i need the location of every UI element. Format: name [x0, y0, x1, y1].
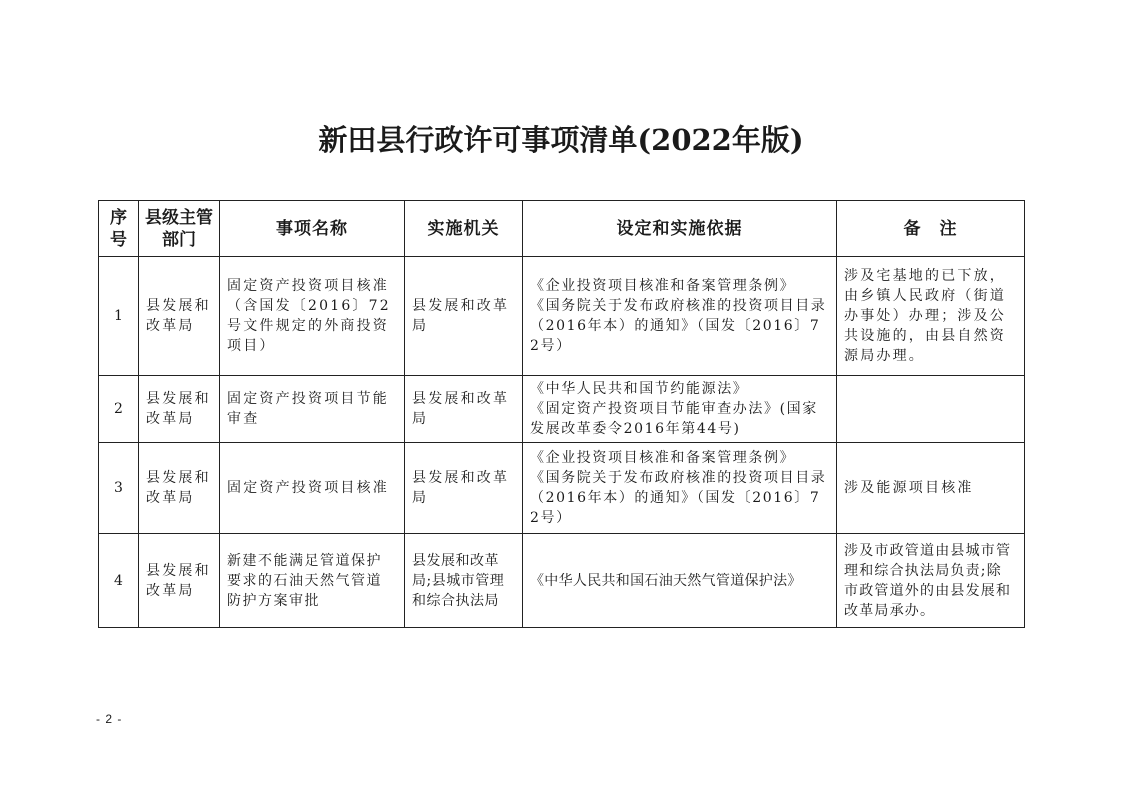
- basis-line: 《国务院关于发布政府核准的投资项目目录（2016年本）的通知》（国发〔2016〕…: [530, 296, 829, 356]
- cell-remark: [837, 376, 1025, 443]
- cell-dept: 县发展和改革局: [139, 376, 220, 443]
- header-seq: 序号: [99, 201, 139, 257]
- header-agency: 实施机关: [405, 201, 523, 257]
- cell-agency: 县发展和改革局;县城市管理和综合执法局: [405, 534, 523, 628]
- cell-agency: 县发展和改革局: [405, 376, 523, 443]
- cell-basis: 《中华人民共和国节约能源法》 《固定资产投资项目节能审查办法》(国家发展改革委令…: [523, 376, 837, 443]
- basis-line: 《固定资产投资项目节能审查办法》(国家发展改革委令2016年第44号): [530, 399, 829, 439]
- header-dept: 县级主管部门: [139, 201, 220, 257]
- cell-agency: 县发展和改革局: [405, 443, 523, 534]
- cell-dept: 县发展和改革局: [139, 443, 220, 534]
- cell-remark: 涉及市政管道由县城市管理和综合执法局负责;除市政管道外的由县发展和改革局承办。: [837, 534, 1025, 628]
- table-row: 2 县发展和改革局 固定资产投资项目节能审查 县发展和改革局 《中华人民共和国节…: [99, 376, 1025, 443]
- table-header-row: 序号 县级主管部门 事项名称 实施机关 设定和实施依据 备 注: [99, 201, 1025, 257]
- basis-line: 《中华人民共和国节约能源法》: [530, 379, 829, 399]
- cell-seq: 2: [99, 376, 139, 443]
- permit-items-table: 序号 县级主管部门 事项名称 实施机关 设定和实施依据 备 注 1 县发展和改革…: [98, 200, 1025, 628]
- cell-seq: 4: [99, 534, 139, 628]
- cell-dept: 县发展和改革局: [139, 257, 220, 376]
- header-item: 事项名称: [220, 201, 405, 257]
- header-basis: 设定和实施依据: [523, 201, 837, 257]
- cell-seq: 1: [99, 257, 139, 376]
- cell-basis: 《中华人民共和国石油天然气管道保护法》: [523, 534, 837, 628]
- basis-line: 《企业投资项目核准和备案管理条例》: [530, 276, 829, 296]
- cell-item: 固定资产投资项目节能审查: [220, 376, 405, 443]
- document-title: 新田县行政许可事项清单(2022年版): [0, 118, 1122, 159]
- cell-item: 固定资产投资项目核准: [220, 443, 405, 534]
- table-row: 4 县发展和改革局 新建不能满足管道保护要求的石油天然气管道防护方案审批 县发展…: [99, 534, 1025, 628]
- cell-item: 固定资产投资项目核准（含国发〔2016〕72号文件规定的外商投资项目）: [220, 257, 405, 376]
- header-remark: 备 注: [837, 201, 1025, 257]
- cell-item: 新建不能满足管道保护要求的石油天然气管道防护方案审批: [220, 534, 405, 628]
- table-row: 3 县发展和改革局 固定资产投资项目核准 县发展和改革局 《企业投资项目核准和备…: [99, 443, 1025, 534]
- basis-line: 《企业投资项目核准和备案管理条例》: [530, 448, 829, 468]
- basis-line: 《国务院关于发布政府核准的投资项目目录（2016年本）的通知》（国发〔2016〕…: [530, 468, 829, 528]
- cell-seq: 3: [99, 443, 139, 534]
- cell-dept: 县发展和改革局: [139, 534, 220, 628]
- table-row: 1 县发展和改革局 固定资产投资项目核准（含国发〔2016〕72号文件规定的外商…: [99, 257, 1025, 376]
- cell-remark: 涉及能源项目核准: [837, 443, 1025, 534]
- cell-basis: 《企业投资项目核准和备案管理条例》 《国务院关于发布政府核准的投资项目目录（20…: [523, 257, 837, 376]
- basis-line: 《中华人民共和国石油天然气管道保护法》: [530, 571, 829, 591]
- page-number: - 2 -: [96, 712, 122, 726]
- cell-agency: 县发展和改革局: [405, 257, 523, 376]
- cell-remark: 涉及宅基地的已下放，由乡镇人民政府（街道办事处）办理；涉及公共设施的，由县自然资…: [837, 257, 1025, 376]
- cell-basis: 《企业投资项目核准和备案管理条例》 《国务院关于发布政府核准的投资项目目录（20…: [523, 443, 837, 534]
